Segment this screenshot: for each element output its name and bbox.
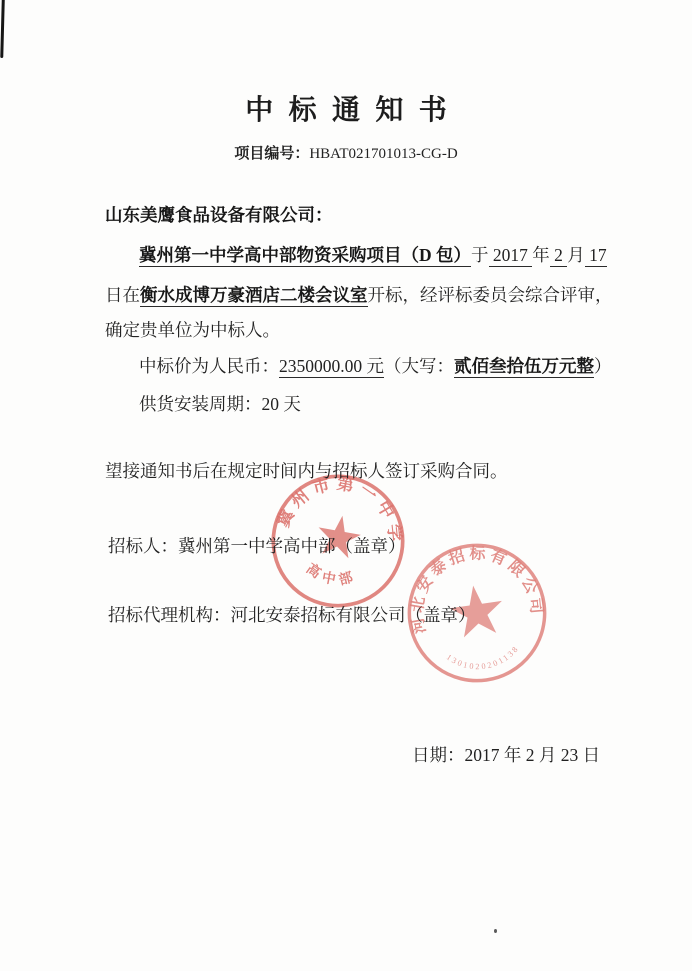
scan-artifact-speck [494, 929, 497, 933]
capital-label: （大写： [384, 356, 454, 376]
agency-seal-code-text: 1301020201138 [444, 643, 523, 676]
price-amount-capital: 贰佰叁拾伍万元整 [454, 356, 594, 378]
document-title: 中标通知书 [0, 88, 692, 128]
project-number-label: 项目编号： [234, 146, 309, 162]
contract-notice-line: 望接通知书后在规定时间内与招标人签订采购合同。 [105, 459, 508, 483]
price-line: 中标价为人民币：2350000.00 元（大写：贰佰叁拾伍万元整） [139, 354, 612, 378]
open-date-year: 2017 [489, 245, 533, 267]
project-name: 冀州第一中学高中部物资采购项目（D 包） [139, 245, 471, 267]
delivery-period-line: 供货安装周期：20 天 [139, 392, 301, 416]
month-unit: 月 [567, 245, 585, 265]
award-paragraph-line3: 确定贵单位为中标人。 [105, 318, 280, 342]
capital-close: ） [594, 356, 612, 376]
text-at: 于 [471, 245, 489, 265]
recipient-line: 山东美鹰食品设备有限公司： [105, 203, 333, 227]
agency-line: 招标代理机构：河北安泰招标有限公司（盖章） [108, 603, 476, 627]
open-date-month: 2 [550, 245, 568, 267]
project-number-line: 项目编号：HBAT021701013-CG-D [0, 142, 692, 163]
text-evaluation: 开标，经评标委员会综合评审， [368, 285, 613, 305]
venue-name: 衡水成博万豪酒店二楼会议室 [140, 285, 368, 307]
date-line: 日期：2017 年 2 月 23 日 [412, 743, 600, 767]
price-amount: 2350000.00 元 [279, 356, 384, 378]
award-paragraph-line1: 冀州第一中学高中部物资采购项目（D 包）于 2017 年 2 月 17 [139, 243, 607, 267]
tenderer-line: 招标人：冀州第一中学高中部（盖章） [108, 534, 406, 558]
text-at-venue: 日在 [105, 285, 140, 305]
price-label: 中标价为人民币： [139, 356, 279, 376]
open-date-day: 17 [585, 245, 607, 267]
scan-artifact-line [0, 0, 5, 58]
scanned-award-notice-page: 中标通知书 项目编号：HBAT021701013-CG-D 山东美鹰食品设备有限… [0, 0, 692, 971]
school-seal-bottom-text: 高中部 [302, 559, 362, 591]
award-paragraph-line2: 日在衡水成博万豪酒店二楼会议室开标，经评标委员会综合评审， [105, 283, 613, 307]
year-unit: 年 [532, 245, 550, 265]
project-number-value: HBAT021701013-CG-D [309, 146, 457, 162]
